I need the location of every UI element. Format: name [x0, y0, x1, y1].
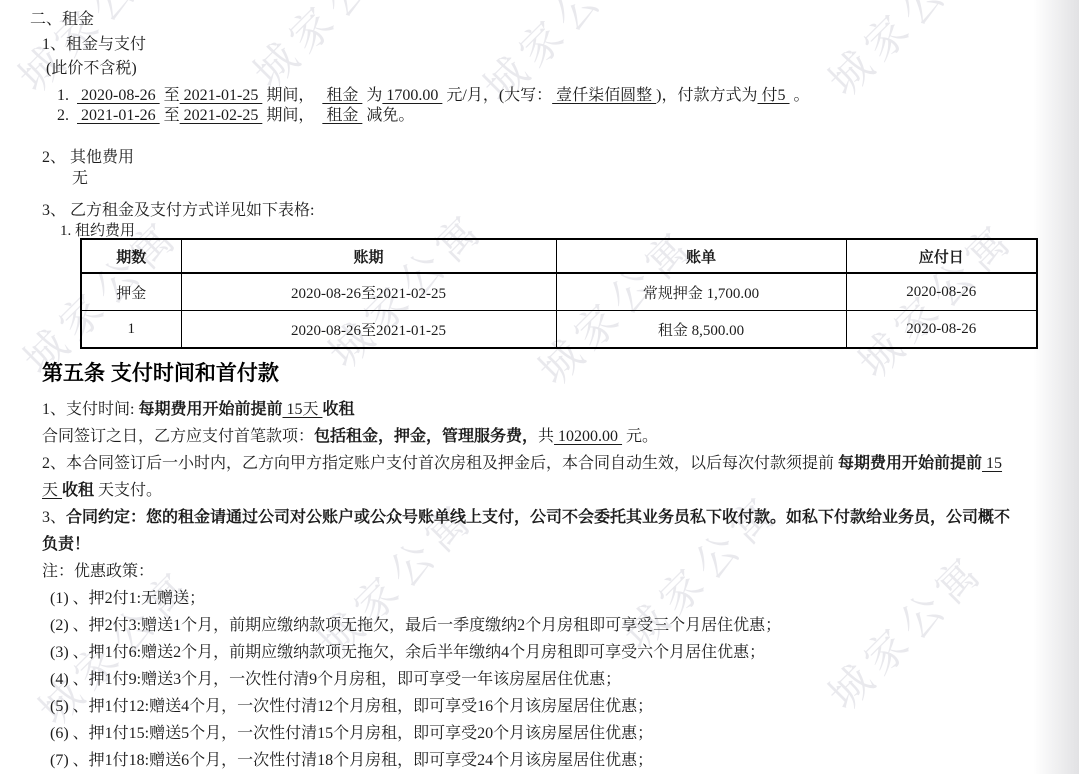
- rent-period-item-1: 1. 2020-08-26 至 2021-01-25 期间， 租金 为 1700…: [57, 86, 810, 106]
- promo-item-2: (2) 、押2付3:赠送1个月，前期应缴纳款项无拖欠，最后一季度缴纳2个月房租即…: [42, 612, 1059, 639]
- contract-content: 二、租金 1、租金与支付 (此价不含税) 1. 2020-08-26 至 202…: [0, 0, 1079, 774]
- cell-billing-period: 2020-08-26至2021-02-25: [181, 273, 556, 311]
- first-payment-line: 合同签订之日，乙方应支付首笔款项：包括租金，押金，管理服务费，共 10200.0…: [42, 423, 1059, 450]
- cell-period: 1: [81, 311, 181, 349]
- promo-item-1: (1) 、押2付1:无赠送；: [42, 585, 1059, 612]
- section-rent-title: 二、租金: [30, 6, 94, 29]
- col-header-bill: 账单: [556, 239, 846, 273]
- other-fees-label: 2、 其他费用: [42, 144, 134, 167]
- promo-note-line: 注：优惠政策：: [42, 558, 1059, 585]
- col-header-period: 期数: [81, 239, 181, 273]
- table-row: 押金 2020-08-26至2021-02-25 常规押金 1,700.00 2…: [81, 273, 1037, 311]
- cell-due-date: 2020-08-26: [846, 311, 1037, 349]
- cell-billing-period: 2020-08-26至2021-01-25: [181, 311, 556, 349]
- fee-table-intro: 3、 乙方租金及支付方式详见如下表格:: [42, 197, 314, 220]
- tax-note: (此价不含税): [46, 55, 137, 78]
- contract-terms-line-1: 3、合同约定：您的租金请通过公司对公账户或公众号账单线上支付，公司不会委托其业务…: [42, 504, 1059, 531]
- cell-bill: 租金 8,500.00: [556, 311, 846, 349]
- cell-due-date: 2020-08-26: [846, 273, 1037, 311]
- cell-bill: 常规押金 1,700.00: [556, 273, 846, 311]
- rent-payment-subtitle: 1、租金与支付: [42, 31, 146, 54]
- other-fees-value: 无: [72, 165, 88, 188]
- col-header-due-date: 应付日: [846, 239, 1037, 273]
- promo-item-5: (5) 、押1付12:赠送4个月，一次性付清12个月房租，即可享受16个月该房屋…: [42, 693, 1059, 720]
- fee-table-header-row: 期数 账期 账单 应付日: [81, 239, 1037, 273]
- promo-item-6: (6) 、押1付15:赠送5个月，一次性付清15个月房租，即可享受20个月该房屋…: [42, 720, 1059, 747]
- promo-item-3: (3) 、押1付6:赠送2个月，前期应缴纳款项无拖欠，余后半年缴纳4个月房租即可…: [42, 639, 1059, 666]
- promo-item-4: (4) 、押1付9:赠送3个月，一次性付清9个月房租，即可享受一年该房屋居住优惠…: [42, 666, 1059, 693]
- contract-page: 城家公寓城家公寓城家公寓城家公寓城家公寓城家公寓城家公寓城家公寓城家公寓城家公寓…: [0, 0, 1079, 774]
- cell-period: 押金: [81, 273, 181, 311]
- contract-terms-line-2: 负责！: [42, 531, 1059, 558]
- rent-period-item-2: 2. 2021-01-26 至 2021-02-25 期间， 租金 减免。: [57, 106, 810, 126]
- article5-body: 1、支付时间: 每期费用开始前提前 15天 收租 合同签订之日，乙方应支付首笔款…: [42, 396, 1059, 774]
- rent-fee-table: 期数 账期 账单 应付日 押金 2020-08-26至2021-02-25 常规…: [80, 238, 1038, 349]
- promo-item-7: (7) 、押1付18:赠送6个月，一次性付清18个月房租，即可享受24个月该房屋…: [42, 747, 1059, 774]
- payment-time-line: 1、支付时间: 每期费用开始前提前 15天 收租: [42, 396, 1059, 423]
- auto-effect-line-1: 2、本合同签订后一小时内，乙方向甲方指定账户支付首次房租及押金后，本合同自动生效…: [42, 450, 1059, 477]
- auto-effect-line-2: 天 收租 天支付。: [42, 477, 1059, 504]
- col-header-billing-period: 账期: [181, 239, 556, 273]
- fee-table-subtitle: 1. 租约费用: [60, 219, 135, 240]
- rent-period-list: 1. 2020-08-26 至 2021-01-25 期间， 租金 为 1700…: [57, 86, 810, 126]
- article5-heading: 第五条 支付时间和首付款: [42, 357, 279, 387]
- table-row: 1 2020-08-26至2021-01-25 租金 8,500.00 2020…: [81, 311, 1037, 349]
